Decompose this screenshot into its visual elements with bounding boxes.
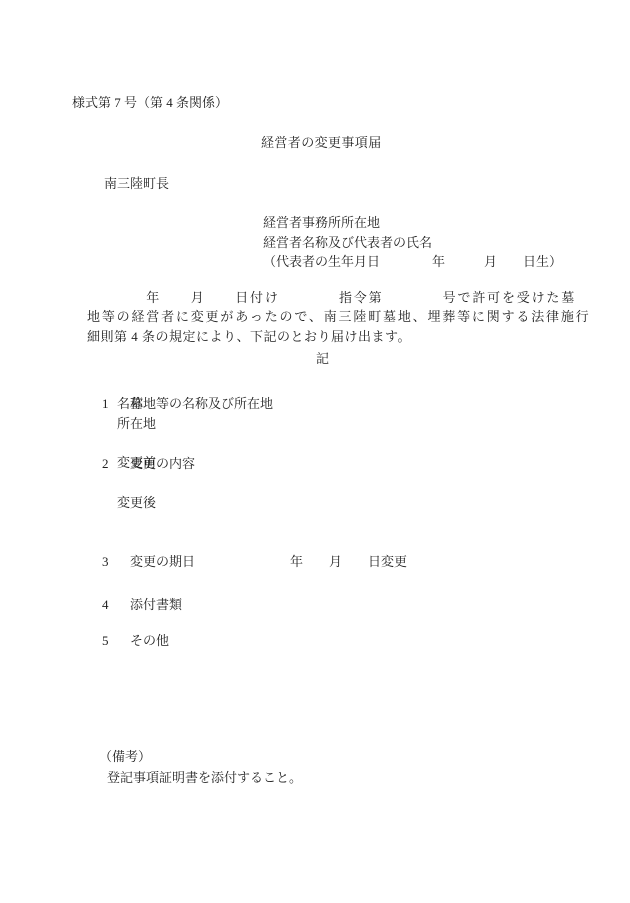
item-3-label: 変更の期日 [130, 554, 195, 569]
operator-name-label: 経営者名称及び代表者の氏名 [263, 233, 432, 253]
item-2-before-change-label: 変更前 [117, 453, 156, 473]
representative-birthdate-label: （代表者の生年月日 年 月 日生） [263, 252, 562, 272]
body-paragraph-line-3: 細則第 4 条の規定により、下記のとおり届け出ます。 [87, 327, 411, 347]
document-page: 様式第 7 号（第 4 条関係） 経営者の変更事項届 南三陸町長 経営者事務所所… [0, 0, 630, 903]
item-1-label: 墓地等の名称及び所在地 [130, 396, 273, 411]
item-5-label: その他 [130, 633, 169, 648]
remarks-header: （備考） [99, 747, 151, 767]
document-title: 経営者の変更事項届 [261, 133, 382, 153]
item-4-label: 添付書類 [130, 597, 182, 612]
item-5-number: 5 [102, 631, 130, 651]
form-number: 様式第 7 号（第 4 条関係） [72, 93, 228, 113]
item-3-change-date-line: 年 月 日変更 [290, 552, 407, 572]
item-1-location-field-label: 所在地 [117, 414, 156, 434]
item-2-after-change-label: 変更後 [117, 493, 156, 513]
record-marker: 記 [316, 349, 329, 369]
item-5-heading: 5その他 [89, 611, 169, 671]
operator-office-address-label: 経営者事務所所在地 [263, 213, 380, 233]
item-1-name-field-label: 名称 [117, 394, 143, 414]
addressee: 南三陸町長 [104, 174, 169, 194]
body-paragraph-line-1: 年 月 日付け 指令第 号で許可を受けた墓 [87, 288, 576, 308]
remarks-text: 登記事項証明書を添付すること。 [107, 768, 302, 788]
body-paragraph-line-2: 地等の経営者に変更があったので、南三陸町墓地、埋葬等に関する法律施行 [87, 307, 591, 327]
item-3-number: 3 [102, 552, 130, 572]
